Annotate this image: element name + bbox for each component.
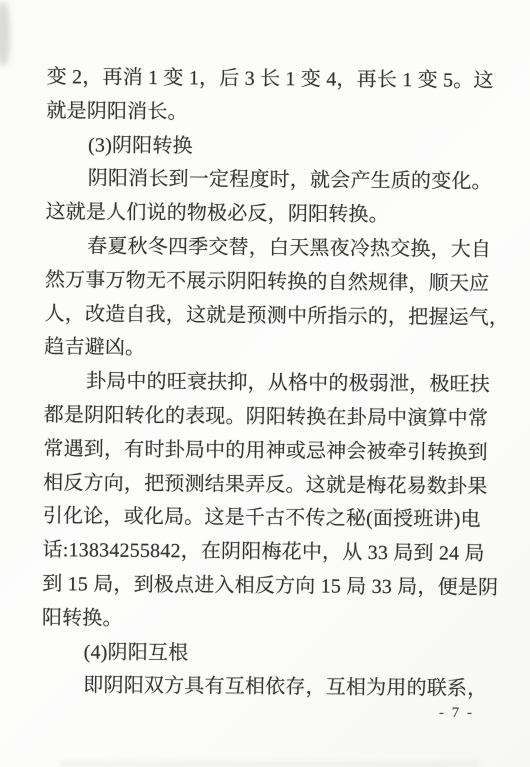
- text-line: 都是阴阳转化的表现。阴阳转换在卦局中演算中常: [44, 399, 492, 437]
- text-line: 到 15 局，到极点进入相反方向 15 局 33 局，便是阴: [42, 568, 490, 606]
- text-line: (4)阴阳互根: [42, 636, 490, 674]
- text-line: 人，改造自我，这就是预测中所指示的，把握运气，: [44, 298, 492, 336]
- text-line: 阳转换。: [42, 602, 490, 640]
- text-line-content: 阴阳消长到一定程度时，就会产生质的变化。: [88, 168, 492, 194]
- text-line-content: 然万事万物无不展示阴阳转换的自然规律，顺天应: [45, 269, 490, 295]
- text-line-content: 就是阴阳消长。: [46, 100, 188, 123]
- text-line: 引化论，或化局。这是千古不传之秘(面授班讲)电: [43, 500, 491, 538]
- text-line: 变 2，再消 1 变 1，后 3 长 1 变 4，再长 1 变 5。这: [47, 61, 495, 99]
- text-line-content: 趋吉避凶。: [44, 336, 145, 359]
- text-line-content: 都是阴阳转化的表现。阴阳转换在卦局中演算中常: [44, 404, 489, 430]
- text-line-content: (4)阴阳互根: [84, 641, 189, 664]
- text-line-content: 这就是人们说的物极必反，阴阳转换。: [45, 201, 389, 226]
- text-line-content: 阳转换。: [42, 607, 123, 630]
- text-line-content: 即阴阳双方具有互相依存，互相为用的联系，: [83, 675, 487, 701]
- text-line: 即阴阳双方具有互相依存，互相为用的联系，: [41, 669, 489, 707]
- text-line-content: 常遇到，有时卦局中的用神或忌神会被牵引转换到: [43, 438, 488, 464]
- text-block: 变 2，再消 1 变 1，后 3 长 1 变 4，再长 1 变 5。这 就是阴阳…: [41, 61, 495, 707]
- page-number: - 7 -: [439, 703, 474, 723]
- text-line: 这就是人们说的物极必反，阴阳转换。: [45, 196, 493, 234]
- text-line: 常遇到，有时卦局中的用神或忌神会被牵引转换到: [43, 433, 491, 471]
- text-line-content: 到 15 局，到极点进入相反方向 15 局 33 局，便是阴: [42, 573, 498, 599]
- text-line: 卦局中的旺衰扶抑，从格中的极弱泄，极旺扶: [44, 365, 492, 403]
- text-line: 阴阳消长到一定程度时，就会产生质的变化。: [46, 162, 494, 200]
- scanned-page: 变 2，再消 1 变 1，后 3 长 1 变 4，再长 1 变 5。这 就是阴阳…: [0, 0, 530, 767]
- text-line-content: 引化论，或化局。这是千古不传之秘(面授班讲)电: [43, 505, 481, 531]
- text-line-content: 相反方向，把预测结果弄反。这就是梅花易数卦果: [43, 472, 488, 498]
- scan-smudge-left-edge: [0, 2, 10, 66]
- text-line: 春夏秋冬四季交替，白天黑夜冷热交换，大自: [45, 230, 493, 268]
- text-line-content: 话:13834255842，在阴阳梅花中，从 33 局到 24 局: [42, 539, 484, 565]
- text-line-content: 人，改造自我，这就是预测中所指示的，把握运气，: [45, 303, 510, 329]
- text-line-content: 变 2，再消 1 变 1，后 3 长 1 变 4，再长 1 变 5。这: [47, 66, 494, 92]
- text-line: (3)阴阳转换: [46, 129, 494, 167]
- text-line: 然万事万物无不展示阴阳转换的自然规律，顺天应: [45, 264, 493, 302]
- text-line-content: 春夏秋冬四季交替，白天黑夜冷热交换，大自: [87, 235, 491, 261]
- text-line-content: (3)阴阳转换: [88, 134, 193, 157]
- scan-smudge-bottom-edge: [60, 761, 480, 767]
- text-line: 就是阴阳消长。: [46, 95, 494, 133]
- text-line-content: 卦局中的旺衰扶抑，从格中的极弱泄，极旺扶: [86, 371, 490, 397]
- text-line: 话:13834255842，在阴阳梅花中，从 33 局到 24 局: [42, 534, 490, 572]
- text-line: 趋吉避凶。: [44, 331, 492, 369]
- text-line: 相反方向，把预测结果弄反。这就是梅花易数卦果: [43, 467, 491, 505]
